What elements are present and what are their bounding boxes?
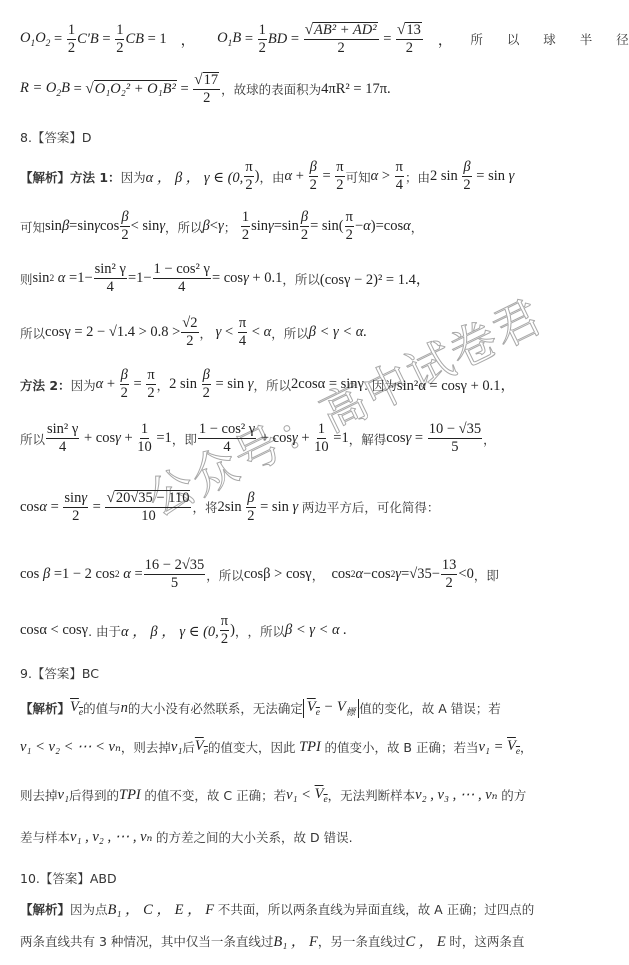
q8-method1-line3: 则 sin2 α =1−sin² γ4=1−1 − cos² γ4= cosγ … (20, 262, 430, 295)
eq-line-radius: R = O2B = √O₁O₂² + O₁B² = √172 ，故球的表面积为 … (20, 72, 391, 106)
q8-answer-heading: 8.【答案】D (20, 128, 92, 146)
q8-method2-line2: 所以 sin² γ4 + cosγ + 110 =1 ，即 1 − cos² γ… (20, 422, 496, 455)
eq-line-o1o2: O1O2 = 12 C′B = 12 CB = 1 ， O1B = 12 BD … (20, 22, 629, 56)
q9-answer-heading: 9.【答案】BC (20, 664, 99, 682)
q8-method1-line1: 【解析】方法 1： 因为 α ， β ， γ ∈ (0, π2)， 由 α + … (20, 160, 514, 193)
q8-method1-line2: 可知 sinβ=sinγcosβ2< sinγ ，所以 β<γ； 12sinγ=… (20, 210, 423, 243)
q8-method2-line1: 方法 2： 因为 α + β2 = π2 ， 2 sin β2 = sin γ … (20, 368, 515, 401)
q10-analysis-line1: 【解析】 因为点 B₁ ， C ， E ， F 不共面，所以两条直线为异面直线，… (20, 898, 534, 919)
q8-method2-line5: cosα < cosγ . 由于 α ， β ， γ ∈ (0, π2)， ，所… (20, 614, 347, 647)
q9-analysis-line2: v₁ < v₂ < ⋯ < vₙ ，则去掉 v₁ 后 Ve 的值变大，因此 TP… (20, 738, 533, 757)
q8-method2-line3: cosα = sinγ2 = √20√35 − 11010 ，将 2sin β2… (20, 490, 439, 524)
q9-analysis-line4: 差与样本 v₁ , v₂ , ⋯ , vₙ 的方差之间的大小关系，故 D 错误. (20, 828, 353, 846)
q10-answer-heading: 10.【答案】ABD (20, 869, 117, 887)
q9-analysis-line1: 【解析】 Ve 的值与 n 的大小没有必然联系，无法确定 Ve − V標 值的变… (20, 699, 501, 718)
q8-method1-line4: 所以 cosγ = 2 − √1.4 > 0.8 > √22 ， γ < π4 … (20, 316, 367, 349)
q9-analysis-line3: 则去掉 v₁ 后得到的 TPI 的值不变，故 C 正确；若 v₁ < Ve ，无… (20, 786, 526, 805)
q8-method2-line4: cos β =1 − 2 cos2 α =16 − 2√355 ，所以 cosβ… (20, 558, 499, 591)
q10-analysis-line2: 两条直线共有 3 种情况，其中仅当一条直线过 B₁ ， F ，另一条直线过 C … (20, 930, 524, 951)
